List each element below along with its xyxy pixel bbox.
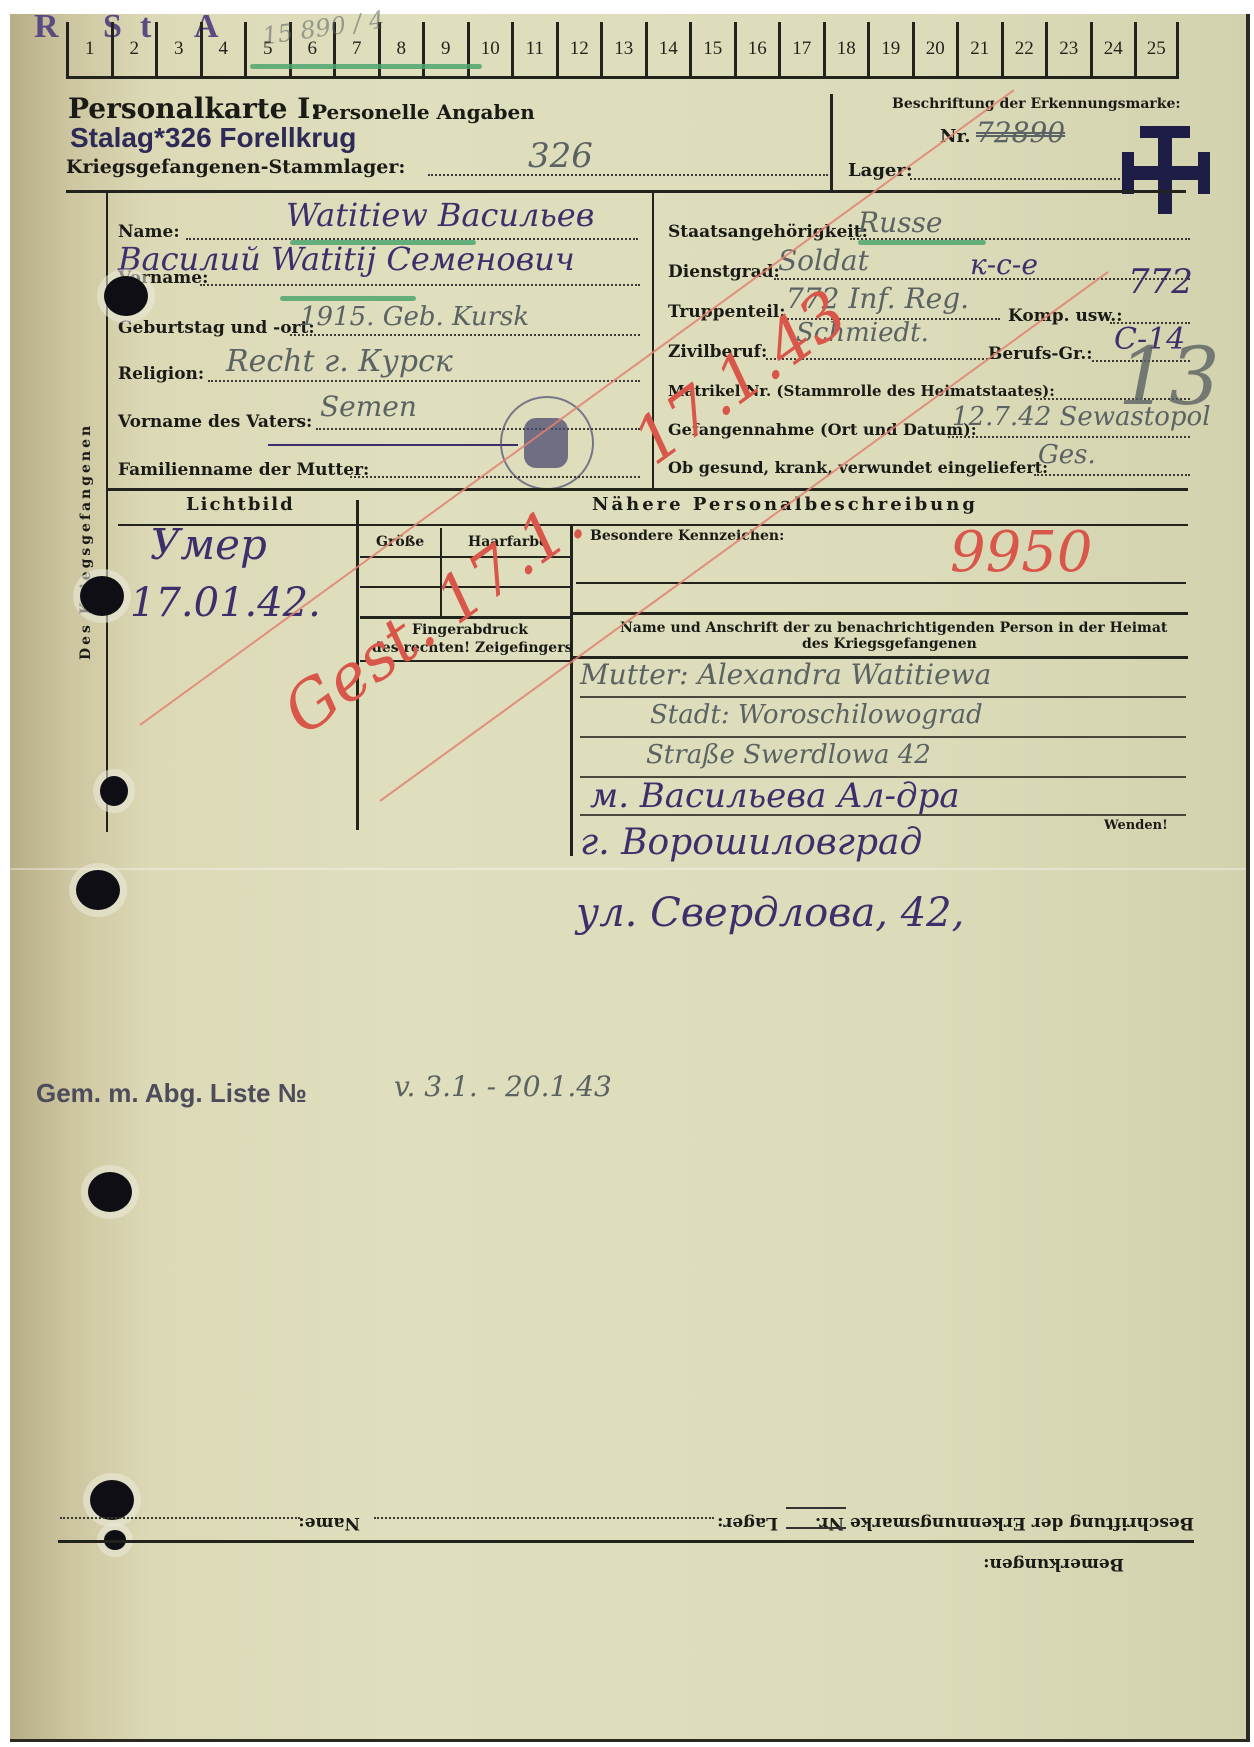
punch-hole bbox=[104, 1530, 126, 1550]
gem-stamp-value: v. 3.1. - 20.1.43 bbox=[394, 1070, 612, 1103]
contact-line-3: Straße Swerdlowa 42 bbox=[646, 740, 931, 770]
column-number-cell: 14 bbox=[645, 22, 690, 76]
contact-label-1: Name und Anschrift der zu benachrichtige… bbox=[620, 620, 1167, 636]
extra-line-1: г. Ворошиловград bbox=[580, 822, 922, 863]
contact-line-2: Stadt: Woroschilowograd bbox=[650, 700, 983, 730]
komp-label: Komp. usw.: bbox=[1008, 306, 1123, 326]
extra-line-2: ул. Свердлова, 42, bbox=[576, 890, 964, 936]
column-number-cell: 21 bbox=[956, 22, 1001, 76]
dienstgrad-note: к-с-е bbox=[970, 248, 1038, 281]
column-number-cell: 15 bbox=[689, 22, 734, 76]
column-number-cell: 11 bbox=[511, 22, 556, 76]
gem-stamp-label: Gem. m. Abg. Liste № bbox=[36, 1078, 307, 1109]
contact-line-4: м. Васильева Ал-дра bbox=[590, 776, 960, 816]
mutter-label: Familienname der Mutter: bbox=[118, 460, 369, 480]
geburt-label: Geburtstag und -ort: bbox=[118, 318, 315, 338]
punch-hole bbox=[76, 870, 120, 910]
photo-note-died: Умер bbox=[150, 520, 267, 569]
column-number-cell: 3 bbox=[155, 22, 200, 76]
column-number-cell: 19 bbox=[867, 22, 912, 76]
contact-line-1: Mutter: Alexandra Watitiewa bbox=[580, 658, 991, 691]
staat-value: Russe bbox=[858, 206, 942, 239]
nr-label: Nr. bbox=[940, 126, 971, 147]
cross-potent-stamp-icon bbox=[1118, 126, 1214, 218]
card-subtitle: Personelle Angaben bbox=[312, 100, 535, 124]
kennzeichen-label: Besondere Kennzeichen: bbox=[590, 528, 784, 544]
column-number-cell: 12 bbox=[556, 22, 601, 76]
staat-label: Staatsangehörigkeit: bbox=[668, 222, 868, 242]
column-number-cell: 24 bbox=[1090, 22, 1135, 76]
name-value: Watitiew Васильев bbox=[286, 196, 594, 234]
vater-label: Vorname des Vaters: bbox=[118, 412, 312, 432]
name-label: Name: bbox=[118, 222, 180, 242]
photo-note-date: 17.01.42. bbox=[130, 580, 321, 626]
wenden-label: Wenden! bbox=[1104, 818, 1168, 833]
column-number-cell: 16 bbox=[734, 22, 779, 76]
column-number-cell: 18 bbox=[823, 22, 868, 76]
gesund-value: Ges. bbox=[1038, 440, 1096, 470]
stalag-stamp: Stalag*326 Forellkrug bbox=[70, 122, 356, 154]
green-marker bbox=[250, 64, 482, 69]
stammlager-value: 326 bbox=[528, 136, 593, 176]
kennzeichen-value: 9950 bbox=[950, 520, 1093, 585]
side-label: Des Kriegsgefangenen bbox=[78, 423, 94, 660]
tag-label: Beschriftung der Erkennungsmarke: bbox=[892, 96, 1181, 112]
column-number-cell: 1 bbox=[66, 22, 111, 76]
vater-value: Semen bbox=[320, 390, 417, 423]
column-number-cell: 23 bbox=[1045, 22, 1090, 76]
column-number-cell: 4 bbox=[200, 22, 245, 76]
religion-label: Religion: bbox=[118, 364, 204, 384]
column-number-cell: 2 bbox=[111, 22, 156, 76]
column-number-cell: 25 bbox=[1134, 22, 1179, 76]
card-title: Personalkarte I: bbox=[68, 92, 321, 125]
column-number-cell: 17 bbox=[778, 22, 823, 76]
vorname-value: Василий Watitij Семенович bbox=[118, 240, 575, 278]
punch-hole bbox=[88, 1172, 132, 1212]
column-number-cell: 22 bbox=[1001, 22, 1046, 76]
punch-hole bbox=[80, 576, 124, 616]
pencil-big-number: 13 bbox=[1118, 330, 1220, 423]
column-number-cell: 13 bbox=[600, 22, 645, 76]
punch-hole bbox=[100, 776, 128, 806]
photo-label: Lichtbild bbox=[186, 494, 295, 515]
geburt-value: 1915. Geb. Kursk bbox=[300, 302, 529, 332]
punch-hole bbox=[104, 276, 148, 316]
column-number-row: 1234567891011121314151617181920212223242… bbox=[66, 22, 1179, 79]
stammlager-label: Kriegsgefangenen-Stammlager: bbox=[66, 156, 405, 178]
column-number-cell: 20 bbox=[912, 22, 957, 76]
religion-value: Recht г. Курск bbox=[226, 344, 453, 379]
contact-label-2: des Kriegsgefangenen bbox=[802, 636, 977, 652]
komp-value: 772 bbox=[1128, 262, 1193, 302]
nr-value: 72890 bbox=[976, 116, 1065, 149]
fold-crease bbox=[10, 868, 1246, 870]
gesund-label: Ob gesund, krank, verwundet eingeliefert… bbox=[668, 458, 1048, 477]
punch-hole bbox=[90, 1480, 134, 1520]
